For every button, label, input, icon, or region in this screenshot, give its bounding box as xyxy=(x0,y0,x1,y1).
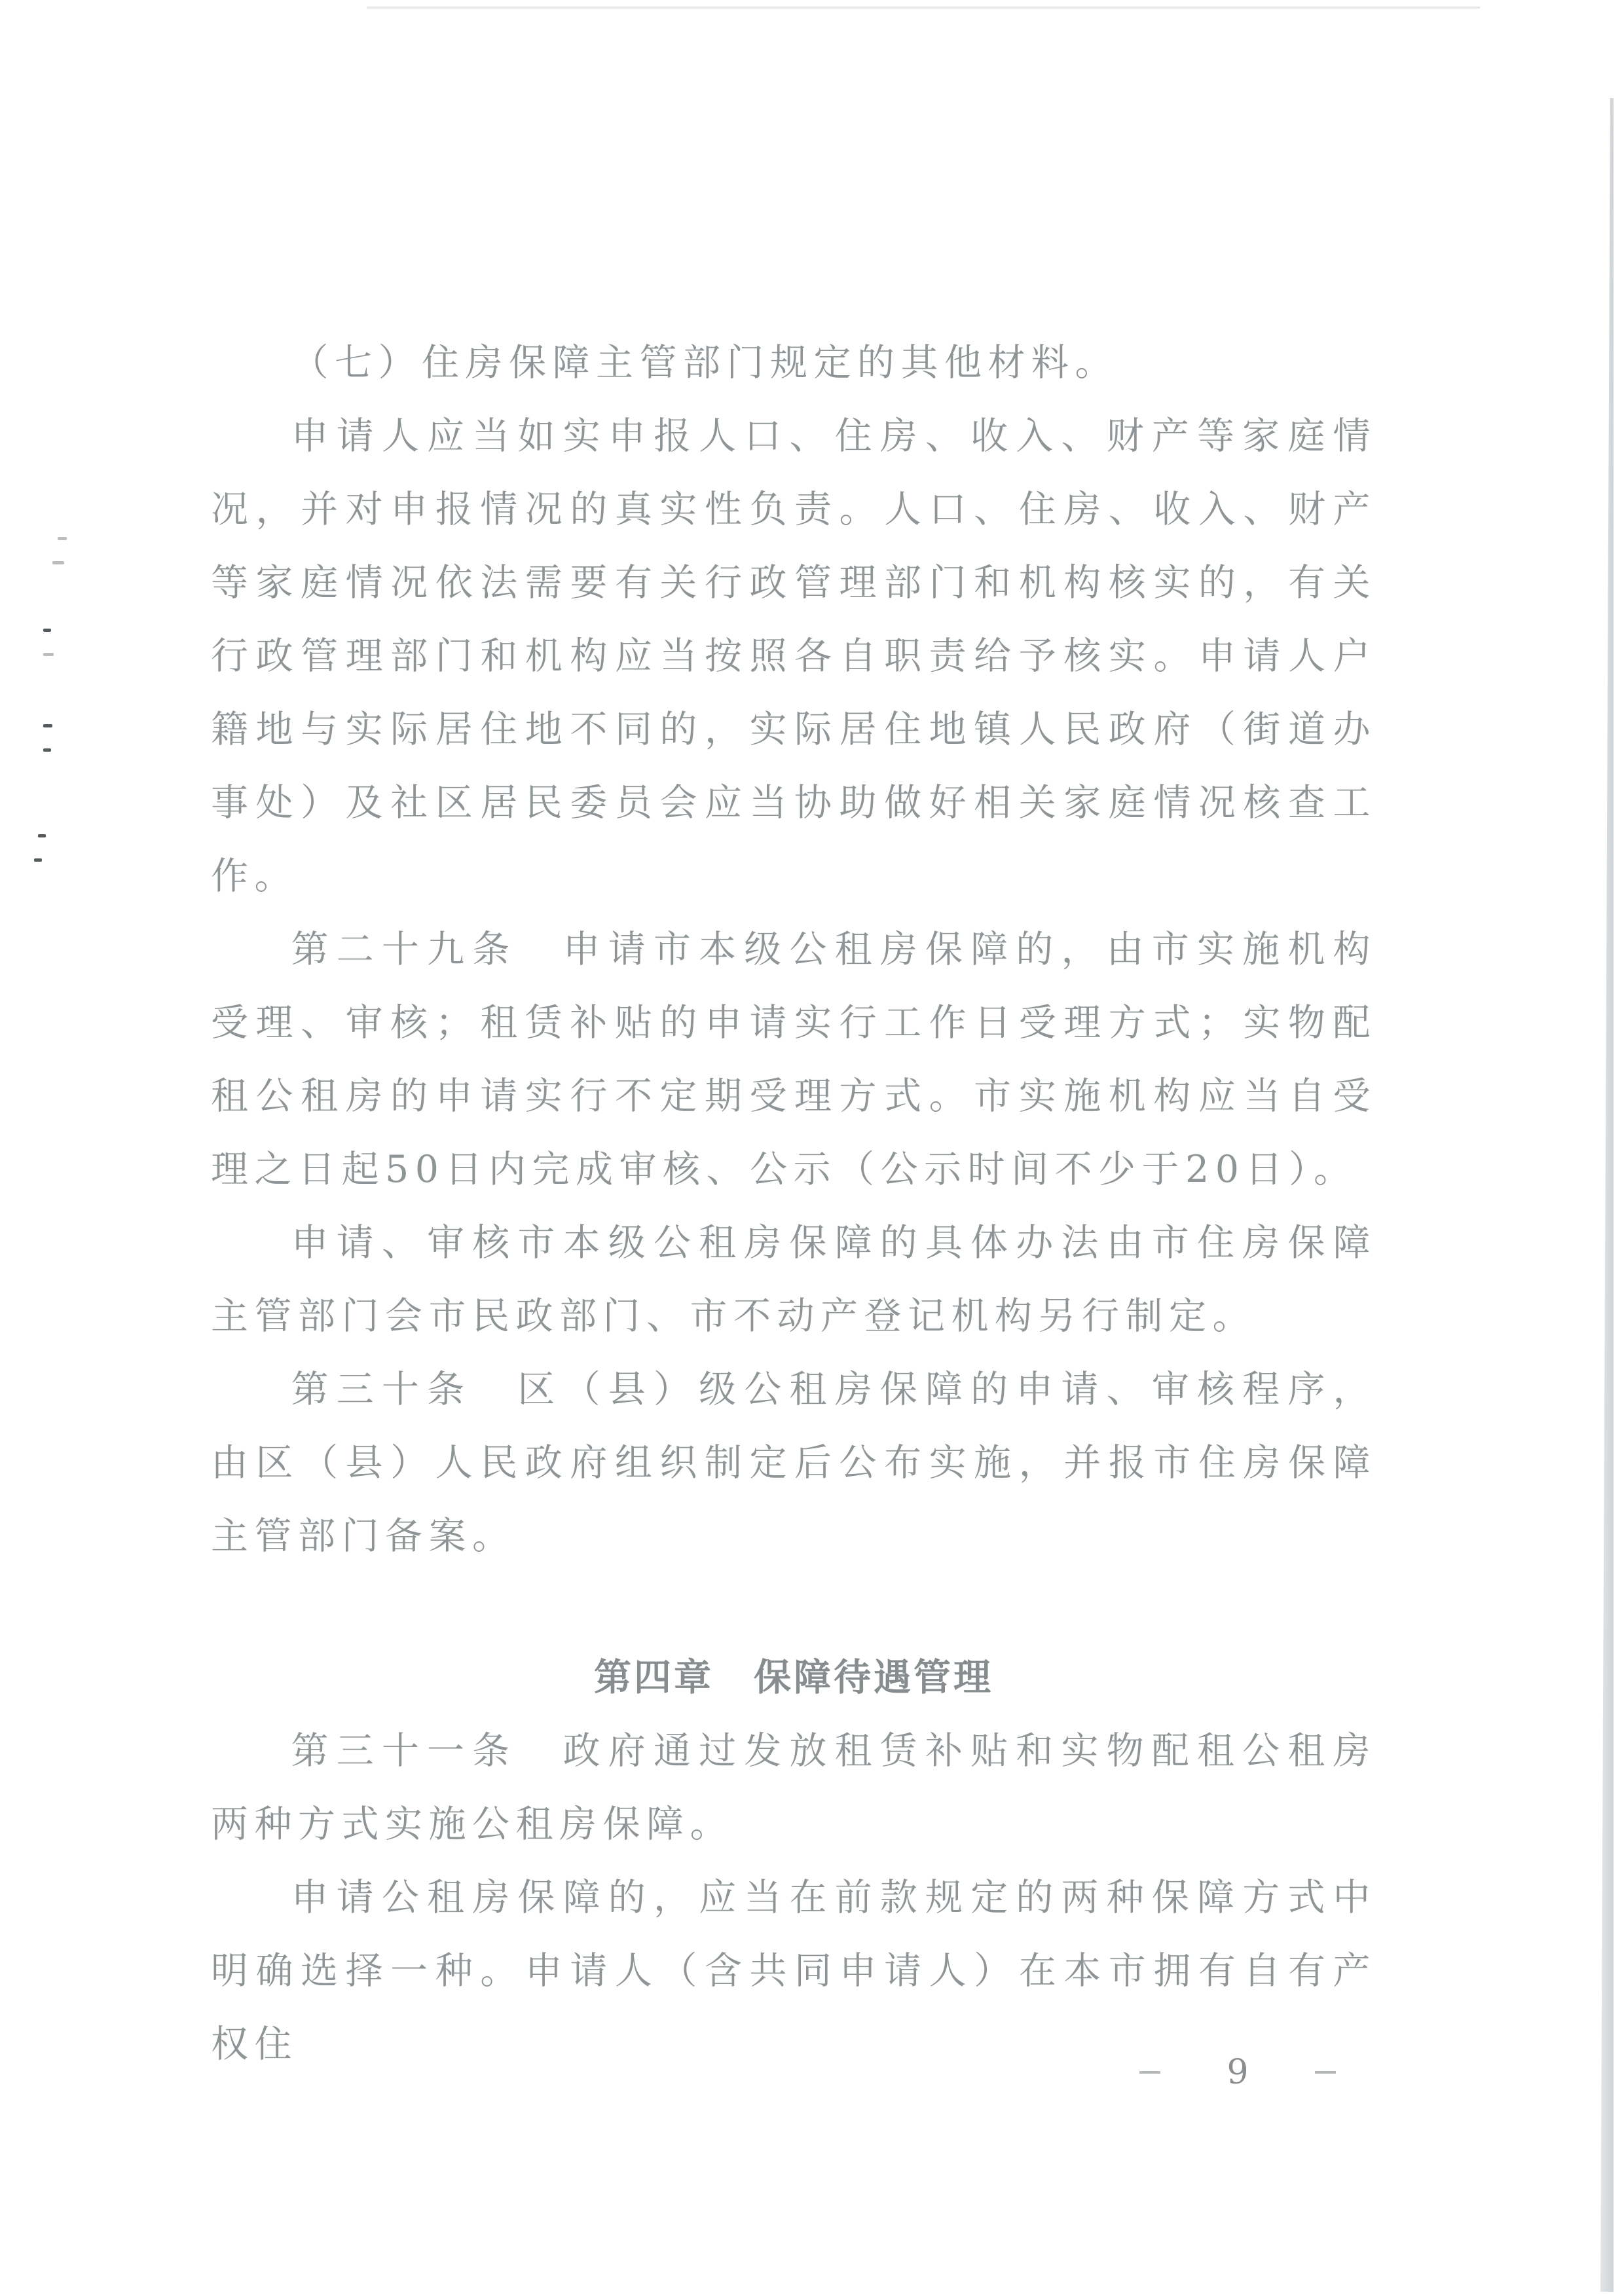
dash-right xyxy=(1315,2071,1336,2074)
page-number-value: 9 xyxy=(1227,2053,1248,2092)
scan-artifact-mark xyxy=(38,834,46,837)
section-spacer xyxy=(211,1573,1376,1641)
article-30: 第三十条 区（县）级公租房保障的申请、审核程序，由区（县）人民政府组织制定后公布… xyxy=(211,1353,1376,1573)
scan-artifact-mark xyxy=(43,653,54,656)
dash-left xyxy=(1139,2071,1160,2074)
chapter-heading: 第四章 保障待遇管理 xyxy=(211,1641,1376,1714)
paragraph-city-procedures: 申请、审核市本级公租房保障的具体办法由市住房保障主管部门会市民政部门、市不动产登… xyxy=(211,1206,1376,1353)
scan-artifact-mark xyxy=(34,858,42,862)
scan-artifact-mark xyxy=(43,629,51,632)
scan-artifact-mark xyxy=(58,537,67,540)
page-number: 9 xyxy=(1139,2053,1336,2092)
scan-artifact-mark xyxy=(43,724,52,727)
scan-top-edge xyxy=(367,7,1480,9)
scan-edge-shadow xyxy=(1600,98,1614,2292)
article-29: 第二十九条 申请市本级公租房保障的，由市实施机构受理、审核；租赁补贴的申请实行工… xyxy=(211,913,1376,1206)
paragraph-item-7: （七）住房保障主管部门规定的其他材料。 xyxy=(211,326,1376,399)
article-31: 第三十一条 政府通过发放租赁补贴和实物配租公租房两种方式实施公租房保障。 xyxy=(211,1714,1376,1861)
scan-artifact-mark xyxy=(52,561,64,564)
paragraph-choose-one-method: 申请公租房保障的，应当在前款规定的两种保障方式中明确选择一种。申请人（含共同申请… xyxy=(211,1861,1376,2081)
document-page-body: （七）住房保障主管部门规定的其他材料。 申请人应当如实申报人口、住房、收入、财产… xyxy=(211,326,1376,2081)
scan-artifact-mark xyxy=(43,748,51,752)
paragraph-truthful-declaration: 申请人应当如实申报人口、住房、收入、财产等家庭情况，并对申报情况的真实性负责。人… xyxy=(211,399,1376,913)
